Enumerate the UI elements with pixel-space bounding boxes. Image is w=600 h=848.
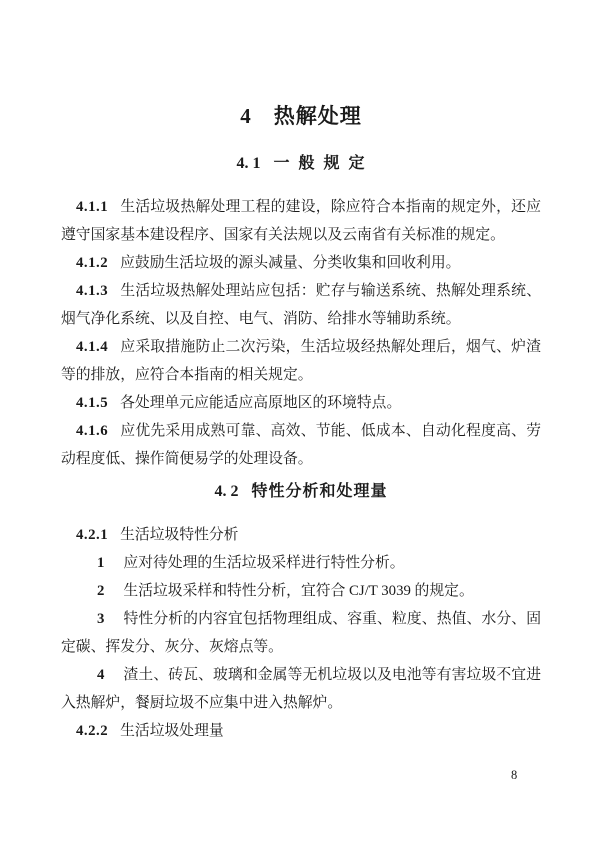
clause-number: 4.1.3 xyxy=(76,283,108,299)
item-text: 渣土、砖瓦、玻璃和金属等无机垃圾以及电池等有害垃圾不宜进入热解炉，餐厨垃圾不应集… xyxy=(61,667,541,711)
clause-number: 4.2.2 xyxy=(76,723,108,739)
section-number: 4. 1 xyxy=(236,155,260,172)
clause-text: 应优先采用成熟可靠、高效、节能、低成本、自动化程度高、劳动程度低、操作简便易学的… xyxy=(61,423,541,467)
clause-text: 生活垃圾特性分析 xyxy=(120,527,238,543)
clause-4-2-1: 4.2.1生活垃圾特性分析 xyxy=(61,521,541,549)
sub-item-3: 3特性分析的内容宜包括物理组成、容重、粒度、热值、水分、固定碳、挥发分、灰分、灰… xyxy=(61,605,541,661)
item-text: 生活垃圾采样和特性分析，宜符合 CJ/T 3039 的规定。 xyxy=(123,583,473,599)
clause-text: 各处理单元应能适应高原地区的环境特点。 xyxy=(120,395,401,411)
clause-4-1-4: 4.1.4应采取措施防止二次污染，生活垃圾经热解处理后，烟气、炉渣等的排放，应符… xyxy=(61,333,541,389)
section-heading-4-2: 4. 2特性分析和处理量 xyxy=(61,482,541,502)
page-number: 8 xyxy=(511,767,517,783)
item-number: 4 xyxy=(97,667,104,683)
clause-number: 4.1.2 xyxy=(76,255,108,271)
clause-text: 应采取措施防止二次污染，生活垃圾经热解处理后，烟气、炉渣等的排放，应符合本指南的… xyxy=(61,339,541,383)
item-number: 2 xyxy=(97,583,104,599)
clause-4-1-3: 4.1.3生活垃圾热解处理站应包括：贮存与输送系统、热解处理系统、烟气净化系统、… xyxy=(61,277,541,333)
clause-4-1-6: 4.1.6应优先采用成熟可靠、高效、节能、低成本、自动化程度高、劳动程度低、操作… xyxy=(61,417,541,473)
clause-text: 生活垃圾热解处理站应包括：贮存与输送系统、热解处理系统、烟气净化系统、以及自控、… xyxy=(61,283,541,327)
item-number: 1 xyxy=(97,555,104,571)
clause-number: 4.2.1 xyxy=(76,527,108,543)
clause-number: 4.1.6 xyxy=(76,423,108,439)
chapter-title: 热解处理 xyxy=(274,104,362,128)
section-number: 4. 2 xyxy=(214,483,238,500)
chapter-heading: 4热解处理 xyxy=(61,104,541,129)
clause-4-1-1: 4.1.1生活垃圾热解处理工程的建设，除应符合本指南的规定外，还应遵守国家基本建… xyxy=(61,193,541,249)
sub-item-2: 2生活垃圾采样和特性分析，宜符合 CJ/T 3039 的规定。 xyxy=(61,577,541,605)
item-number: 3 xyxy=(97,611,104,627)
clause-text: 应鼓励生活垃圾的源头减量、分类收集和回收利用。 xyxy=(120,255,460,271)
document-page: 4热解处理 4. 1一 般 规 定 4.1.1生活垃圾热解处理工程的建设，除应符… xyxy=(0,0,600,848)
clause-text: 生活垃圾处理量 xyxy=(120,723,224,739)
clause-number: 4.1.4 xyxy=(76,339,108,355)
clause-text: 生活垃圾热解处理工程的建设，除应符合本指南的规定外，还应遵守国家基本建设程序、国… xyxy=(61,199,541,243)
clause-number: 4.1.5 xyxy=(76,395,108,411)
clause-4-2-2: 4.2.2生活垃圾处理量 xyxy=(61,717,541,745)
clause-4-1-2: 4.1.2应鼓励生活垃圾的源头减量、分类收集和回收利用。 xyxy=(61,249,541,277)
page-content: 4热解处理 4. 1一 般 规 定 4.1.1生活垃圾热解处理工程的建设，除应符… xyxy=(61,0,541,745)
item-text: 特性分析的内容宜包括物理组成、容重、粒度、热值、水分、固定碳、挥发分、灰分、灰熔… xyxy=(61,611,541,655)
section-title: 特性分析和处理量 xyxy=(251,483,387,500)
item-text: 应对待处理的生活垃圾采样进行特性分析。 xyxy=(123,555,404,571)
clause-4-1-5: 4.1.5各处理单元应能适应高原地区的环境特点。 xyxy=(61,389,541,417)
sub-item-4: 4渣土、砖瓦、玻璃和金属等无机垃圾以及电池等有害垃圾不宜进入热解炉，餐厨垃圾不应… xyxy=(61,661,541,717)
chapter-number: 4 xyxy=(240,104,252,128)
section-title: 一 般 规 定 xyxy=(273,155,365,172)
clause-number: 4.1.1 xyxy=(76,199,108,215)
sub-item-1: 1应对待处理的生活垃圾采样进行特性分析。 xyxy=(61,549,541,577)
section-heading-4-1: 4. 1一 般 规 定 xyxy=(61,154,541,174)
